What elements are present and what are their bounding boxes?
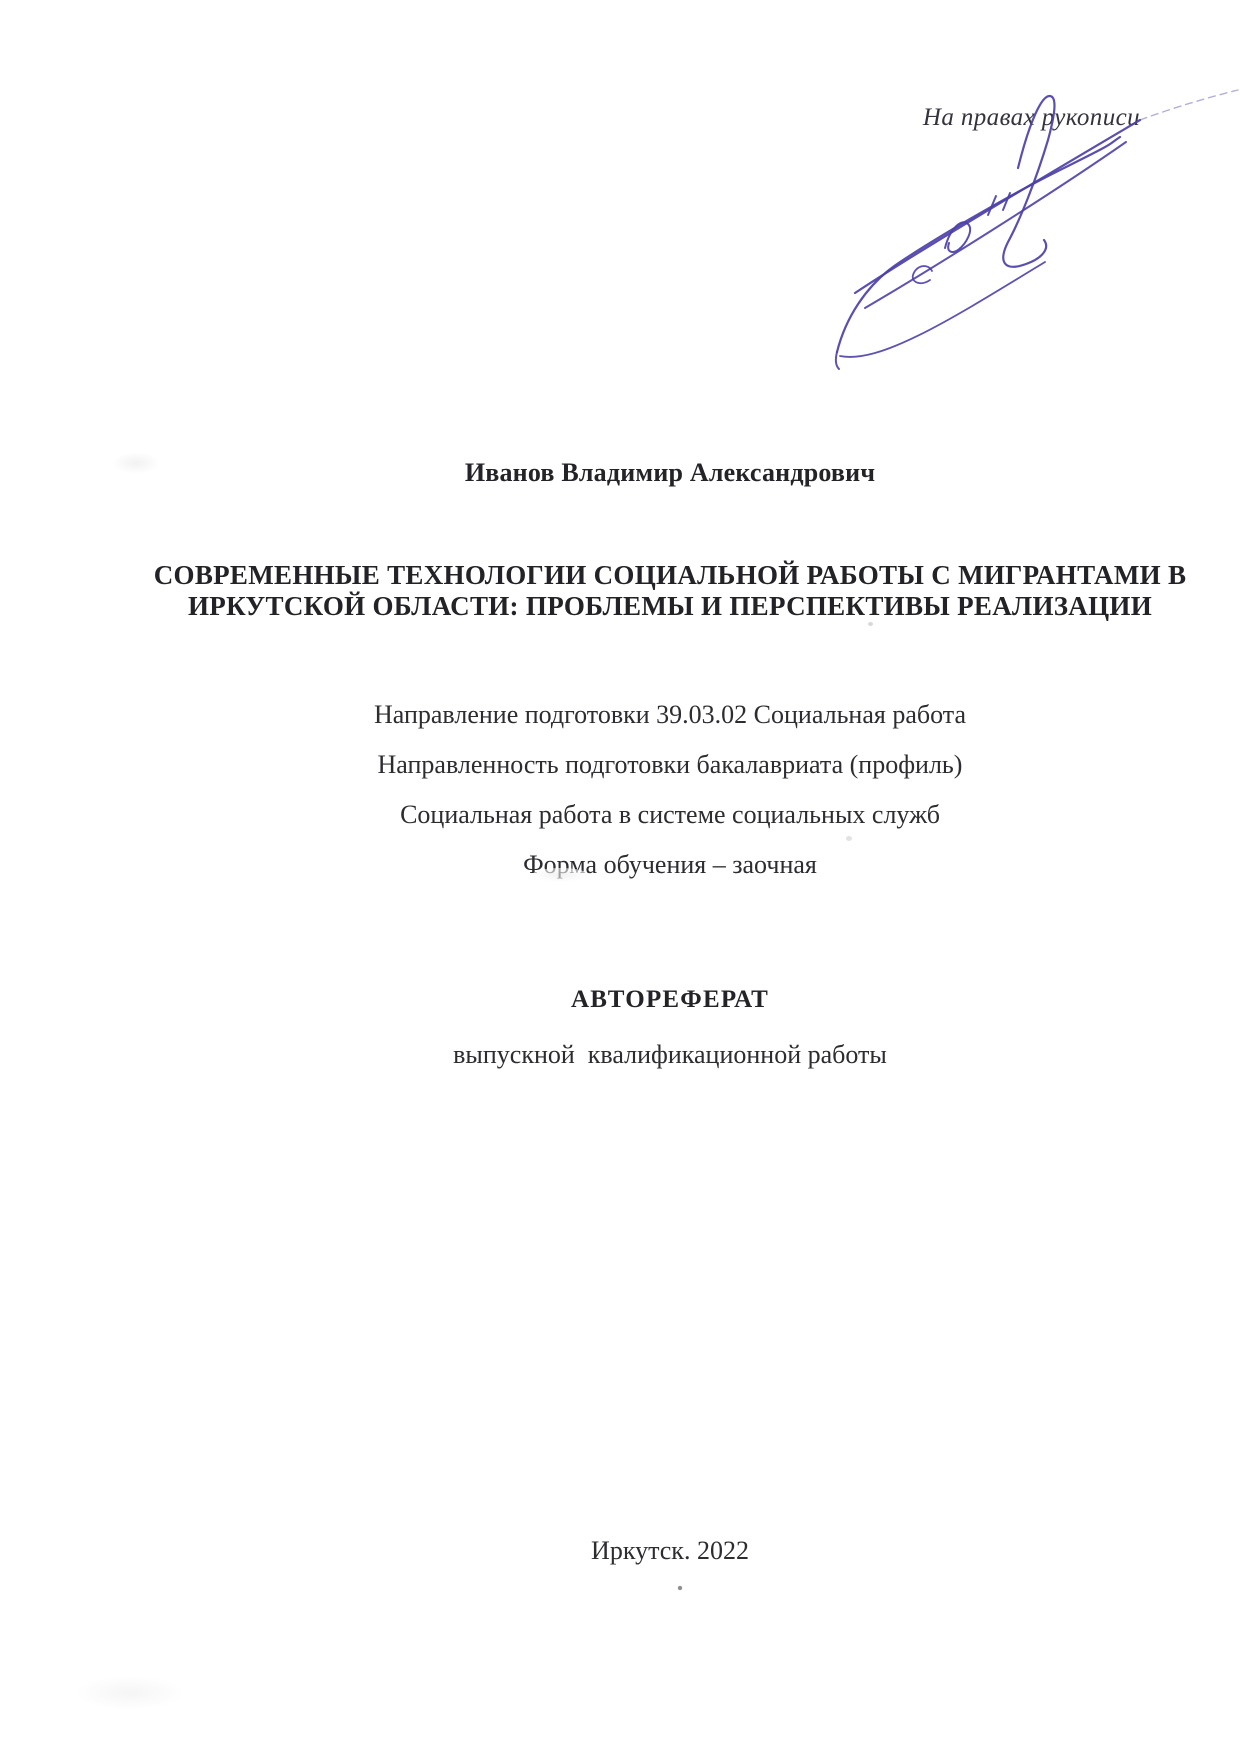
- scan-artifact: [532, 868, 588, 882]
- program-profile-line: Направленность подготовки бакалавриата (…: [100, 740, 1240, 790]
- document-page: На правах рукописи Иванов Владимир Алекс…: [0, 0, 1240, 1754]
- scan-artifact: [76, 1676, 184, 1710]
- program-specialty-line: Социальная работа в системе социальных с…: [100, 790, 1240, 840]
- document-subtype: выпускной квалификационной работы: [100, 1040, 1240, 1070]
- scan-artifact: [678, 1586, 682, 1590]
- handwritten-signature-icon: [810, 85, 1240, 375]
- city-and-year: Иркутск. 2022: [100, 1536, 1240, 1566]
- study-form-line: Форма обучения – заочная: [100, 840, 1240, 890]
- author-name: Иванов Владимир Александрович: [100, 458, 1240, 488]
- thesis-title: СОВРЕМЕННЫЕ ТЕХНОЛОГИИ СОЦИАЛЬНОЙ РАБОТЫ…: [100, 560, 1240, 622]
- thesis-title-line-1: СОВРЕМЕННЫЕ ТЕХНОЛОГИИ СОЦИАЛЬНОЙ РАБОТЫ…: [100, 560, 1240, 591]
- scan-artifact: [112, 452, 160, 474]
- thesis-title-line-2: ИРКУТСКОЙ ОБЛАСТИ: ПРОБЛЕМЫ И ПЕРСПЕКТИВ…: [100, 591, 1240, 622]
- document-type-heading: АВТОРЕФЕРАТ: [100, 986, 1240, 1014]
- program-direction-line: Направление подготовки 39.03.02 Социальн…: [100, 690, 1240, 740]
- scan-artifact: [846, 836, 852, 841]
- program-info: Направление подготовки 39.03.02 Социальн…: [100, 690, 1240, 890]
- scan-artifact: [868, 622, 873, 626]
